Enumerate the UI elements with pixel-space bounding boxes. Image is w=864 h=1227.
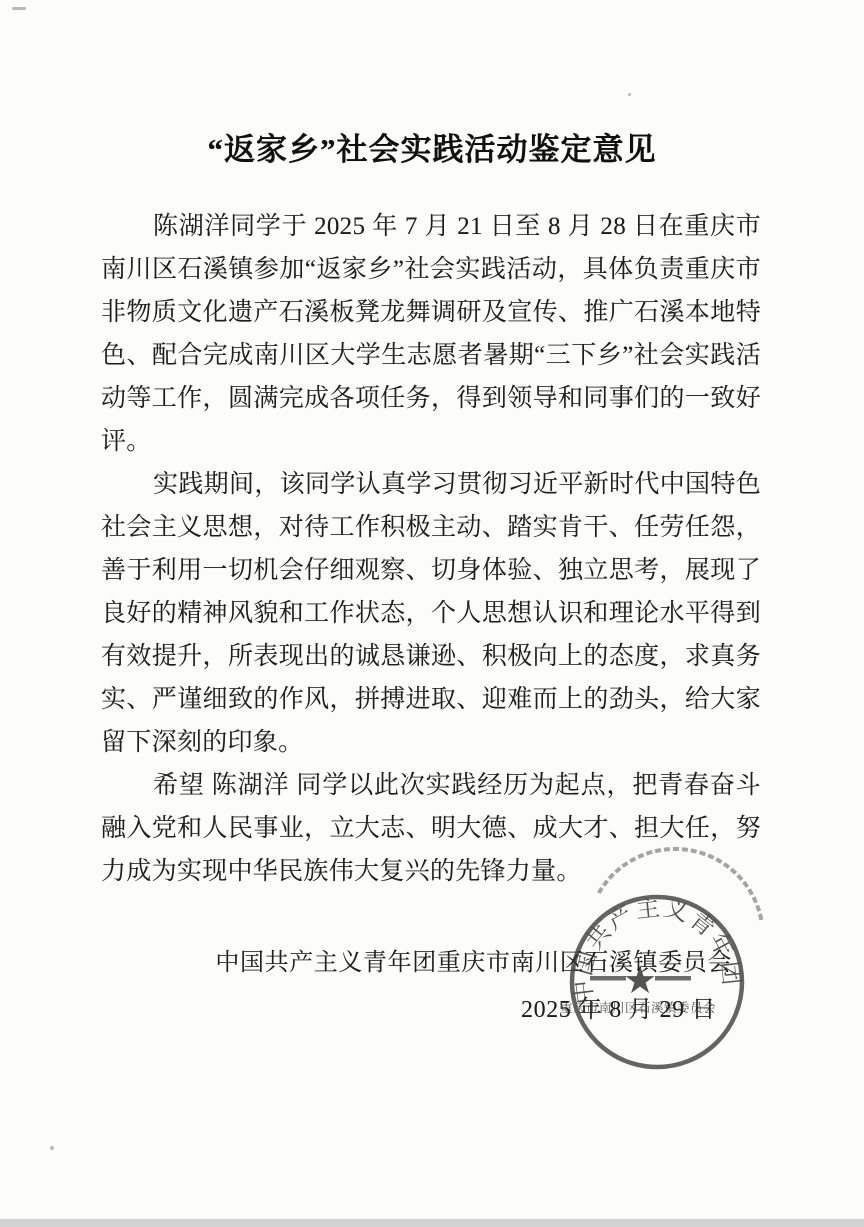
stamp-right-bar bbox=[655, 976, 691, 981]
paragraph-1: 陈湖洋同学于 2025 年 7 月 21 日至 8 月 28 日在重庆市 南川区… bbox=[101, 205, 761, 463]
text-line: 动等工作，圆满完成各项任务，得到领导和同事们的一致好 bbox=[101, 377, 761, 420]
text-line: 实践期间，该同学认真学习贯彻习近平新时代中国特色 bbox=[101, 463, 761, 506]
document-body: 陈湖洋同学于 2025 年 7 月 21 日至 8 月 28 日在重庆市 南川区… bbox=[101, 205, 761, 893]
scan-artifact-bar bbox=[0, 1219, 864, 1227]
scanned-document-page: “返家乡”社会实践活动鉴定意见 陈湖洋同学于 2025 年 7 月 21 日至 … bbox=[0, 0, 864, 1227]
text-line: 南川区石溪镇参加“返家乡”社会实践活动，具体负责重庆市 bbox=[101, 248, 761, 291]
scan-speck bbox=[50, 1146, 54, 1150]
official-stamp: 中国共产主义青年团 ★ 重庆市南川区石溪镇委员会 bbox=[530, 835, 790, 1095]
stamp-star-icon: ★ bbox=[623, 960, 657, 1002]
text-line: 善于利用一切机会仔细观察、切身体验、独立思考，展现了 bbox=[101, 549, 761, 592]
stamp-left-bar bbox=[590, 976, 626, 981]
scan-speck bbox=[12, 7, 26, 10]
text-line: 评。 bbox=[101, 420, 761, 463]
text-line: 良好的精神风貌和工作状态，个人思想认识和理论水平得到 bbox=[101, 592, 761, 635]
scan-speck bbox=[628, 93, 631, 96]
text-line: 实、严谨细致的作风，拼搏进取、迎难而上的劲头，给大家 bbox=[101, 678, 761, 721]
text-line: 希望 陈湖洋 同学以此次实践经历为起点，把青春奋斗 bbox=[101, 764, 761, 807]
text-line: 色、配合完成南川区大学生志愿者暑期“三下乡”社会实践活 bbox=[101, 334, 761, 377]
text-line: 陈湖洋同学于 2025 年 7 月 21 日至 8 月 28 日在重庆市 bbox=[101, 205, 761, 248]
text-line: 社会主义思想，对待工作积极主动、踏实肯干、任劳任怨， bbox=[101, 506, 761, 549]
text-line: 有效提升，所表现出的诚恳谦逊、积极向上的态度，求真务 bbox=[101, 635, 761, 678]
text-line: 非物质文化遗产石溪板凳龙舞调研及宣传、推广石溪本地特 bbox=[101, 291, 761, 334]
stamp-bottom-text: 重庆市南川区石溪镇委员会 bbox=[560, 1000, 716, 1015]
document-title: “返家乡”社会实践活动鉴定意见 bbox=[0, 124, 864, 169]
text-line: 留下深刻的印象。 bbox=[101, 721, 761, 764]
paragraph-2: 实践期间，该同学认真学习贯彻习近平新时代中国特色 社会主义思想，对待工作积极主动… bbox=[101, 463, 761, 764]
